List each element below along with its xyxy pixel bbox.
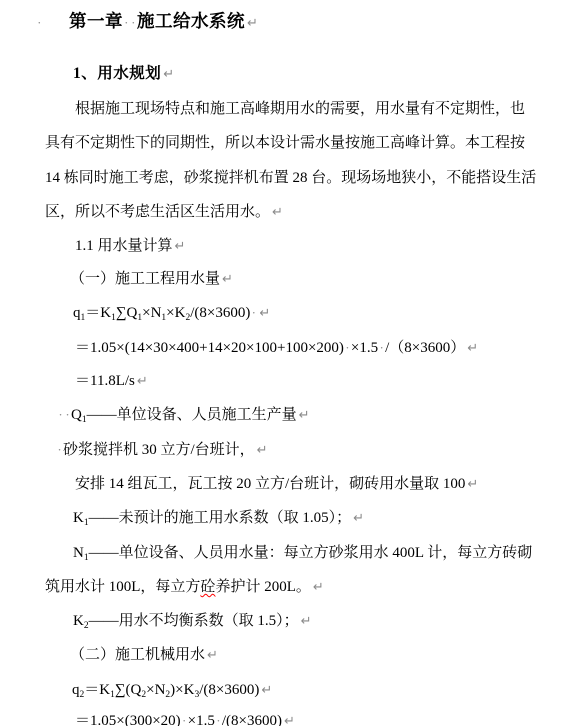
paragraph-mark: ↵ — [261, 680, 272, 702]
paragraph-mark: ↵ — [272, 202, 283, 224]
space-mark: · — [181, 710, 188, 726]
text-run: （二）施工机械用水 — [70, 647, 205, 663]
text-run: 施工给水系统 — [137, 11, 245, 31]
text-run: ——单位设备、人员用水量：每立方砂浆用水 400L 计，每立方砖砌 — [89, 545, 533, 561]
doc-line: （二）施工机械用水↵ — [70, 644, 218, 666]
space-mark: · — [123, 12, 130, 34]
text-run: ——用水不均衡系数（取 1.5）； — [89, 613, 299, 629]
space-mark: · — [130, 12, 137, 34]
paragraph-mark: ↵ — [301, 611, 312, 633]
doc-line: 区，所以不考虑生活区生活用水。↵ — [45, 201, 283, 223]
paragraph-mark: ↵ — [313, 577, 324, 599]
doc-line: 1.1 用水量计算↵ — [75, 235, 185, 257]
doc-line: 安排 14 组瓦工，瓦工按 20 立方/台班计，砌砖用水量取 100↵ — [75, 473, 478, 495]
doc-line: q2＝K1∑(Q2×N2)×K3/(8×3600)↵ — [72, 679, 272, 701]
text-run: q — [73, 305, 81, 321]
paragraph-mark: ↵ — [163, 64, 174, 86]
doc-line: ＝11.8L/s↵ — [75, 370, 148, 392]
text-run: ——未预计的施工用水系数（取 1.05）； — [89, 510, 352, 526]
text-run: 14 栋同时施工考虑，砂浆搅拌机布置 28 台。现场场地狭小，不能搭设生活 — [45, 170, 536, 186]
paragraph-mark: ↵ — [299, 405, 310, 427]
text-run: 1、用水规划 — [73, 65, 161, 82]
text-run: K — [73, 613, 84, 629]
text-run: /(8×3600) — [222, 713, 282, 726]
doc-line: N1——单位设备、人员用水量：每立方砂浆用水 400L 计，每立方砖砌 — [73, 542, 532, 564]
text-run: 第一章 — [69, 11, 123, 31]
doc-line: ·第一章··施工给水系统↵ — [36, 10, 258, 32]
text-run: /(8×3600) — [199, 682, 259, 698]
text-run: 养护计 200L。 — [215, 579, 310, 595]
doc-line: K2——用水不均衡系数（取 1.5）；↵ — [73, 610, 312, 632]
text-run: Q — [71, 407, 82, 423]
text-run: ＝11.8L/s — [75, 373, 135, 389]
paragraph-mark: ↵ — [175, 236, 186, 258]
doc-line: ··Q1——单位设备、人员施工生产量↵ — [57, 404, 310, 426]
doc-line: （一）施工工程用水量↵ — [70, 268, 233, 290]
paragraph-mark: ↵ — [257, 440, 268, 462]
paragraph-mark: ↵ — [222, 269, 233, 291]
space-mark: · — [36, 12, 43, 34]
paragraph-mark: ↵ — [284, 711, 295, 726]
text-run: 1.1 用水量计算 — [75, 238, 173, 254]
paragraph-mark: ↵ — [467, 338, 478, 360]
text-run: ＝K — [84, 682, 110, 698]
doc-line: ＝1.05×(300×20)·×1.5·/(8×3600)↵ — [75, 710, 295, 726]
doc-line: ·砂浆搅拌机 30 立方/台班计，↵ — [56, 439, 268, 461]
text-run: K — [73, 510, 84, 526]
text-run: ∑Q — [116, 305, 138, 321]
text-run: ×K — [166, 305, 185, 321]
text-run: 具有不定期性下的同期性，所以本设计需水量按施工高峰计算。本工程按 — [45, 135, 525, 151]
text-run: ＝1.05×(300×20) — [75, 713, 181, 726]
text-run: 安排 14 组瓦工，瓦工按 20 立方/台班计，砌砖用水量取 100 — [75, 476, 465, 492]
text-run: ×1.5 — [351, 340, 378, 356]
text-run: 筑用水计 100L，每立方 — [45, 579, 200, 595]
space-mark: · — [64, 404, 71, 426]
text-run: q — [72, 682, 80, 698]
space-mark: · — [56, 439, 63, 461]
doc-line: q1＝K1∑Q1×N1×K2/(8×3600)·↵ — [73, 302, 270, 324]
doc-line: 筑用水计 100L，每立方砼养护计 200L。↵ — [45, 576, 324, 598]
doc-line: ＝1.05×(14×30×400+14×20×100+100×200)·×1.5… — [75, 337, 478, 359]
text-run: ×1.5 — [188, 713, 215, 726]
paragraph-mark: ↵ — [247, 13, 258, 35]
space-mark: · — [344, 337, 351, 359]
document-page: ·第一章··施工给水系统↵1、用水规划↵根据施工现场特点和施工高峰期用水的需要，… — [0, 0, 588, 726]
doc-line: 根据施工现场特点和施工高峰期用水的需要，用水量有不定期性，也 — [75, 98, 525, 120]
doc-line: 14 栋同时施工考虑，砂浆搅拌机布置 28 台。现场场地狭小，不能搭设生活 — [45, 167, 536, 189]
doc-line: 具有不定期性下的同期性，所以本设计需水量按施工高峰计算。本工程按 — [45, 132, 525, 154]
text-run: ∑(Q — [115, 682, 142, 698]
text-run: )×K — [170, 682, 194, 698]
space-mark: · — [250, 302, 257, 324]
text-run: 砂浆搅拌机 30 立方/台班计， — [63, 442, 255, 458]
doc-line: K1——未预计的施工用水系数（取 1.05）；↵ — [73, 507, 364, 529]
paragraph-mark: ↵ — [353, 508, 364, 530]
text-run: （一）施工工程用水量 — [70, 271, 220, 287]
text-run: ×N — [146, 682, 165, 698]
misspelled-word: 砼 — [200, 579, 215, 595]
text-run: ——单位设备、人员施工生产量 — [87, 407, 297, 423]
text-run: /(8×3600) — [190, 305, 250, 321]
space-mark: · — [215, 710, 222, 726]
text-run: ×N — [142, 305, 161, 321]
space-mark: · — [57, 404, 64, 426]
text-run: ＝K — [85, 305, 111, 321]
text-run: /（8×3600） — [385, 340, 465, 356]
text-run: 区，所以不考虑生活区生活用水。 — [45, 204, 270, 220]
paragraph-mark: ↵ — [467, 474, 478, 496]
paragraph-mark: ↵ — [259, 303, 270, 325]
text-run: ＝1.05×(14×30×400+14×20×100+100×200) — [75, 340, 344, 356]
text-run: 根据施工现场特点和施工高峰期用水的需要，用水量有不定期性，也 — [75, 101, 525, 117]
doc-line: 1、用水规划↵ — [73, 63, 175, 85]
paragraph-mark: ↵ — [207, 645, 218, 667]
paragraph-mark: ↵ — [137, 371, 148, 393]
text-run: N — [73, 545, 84, 561]
